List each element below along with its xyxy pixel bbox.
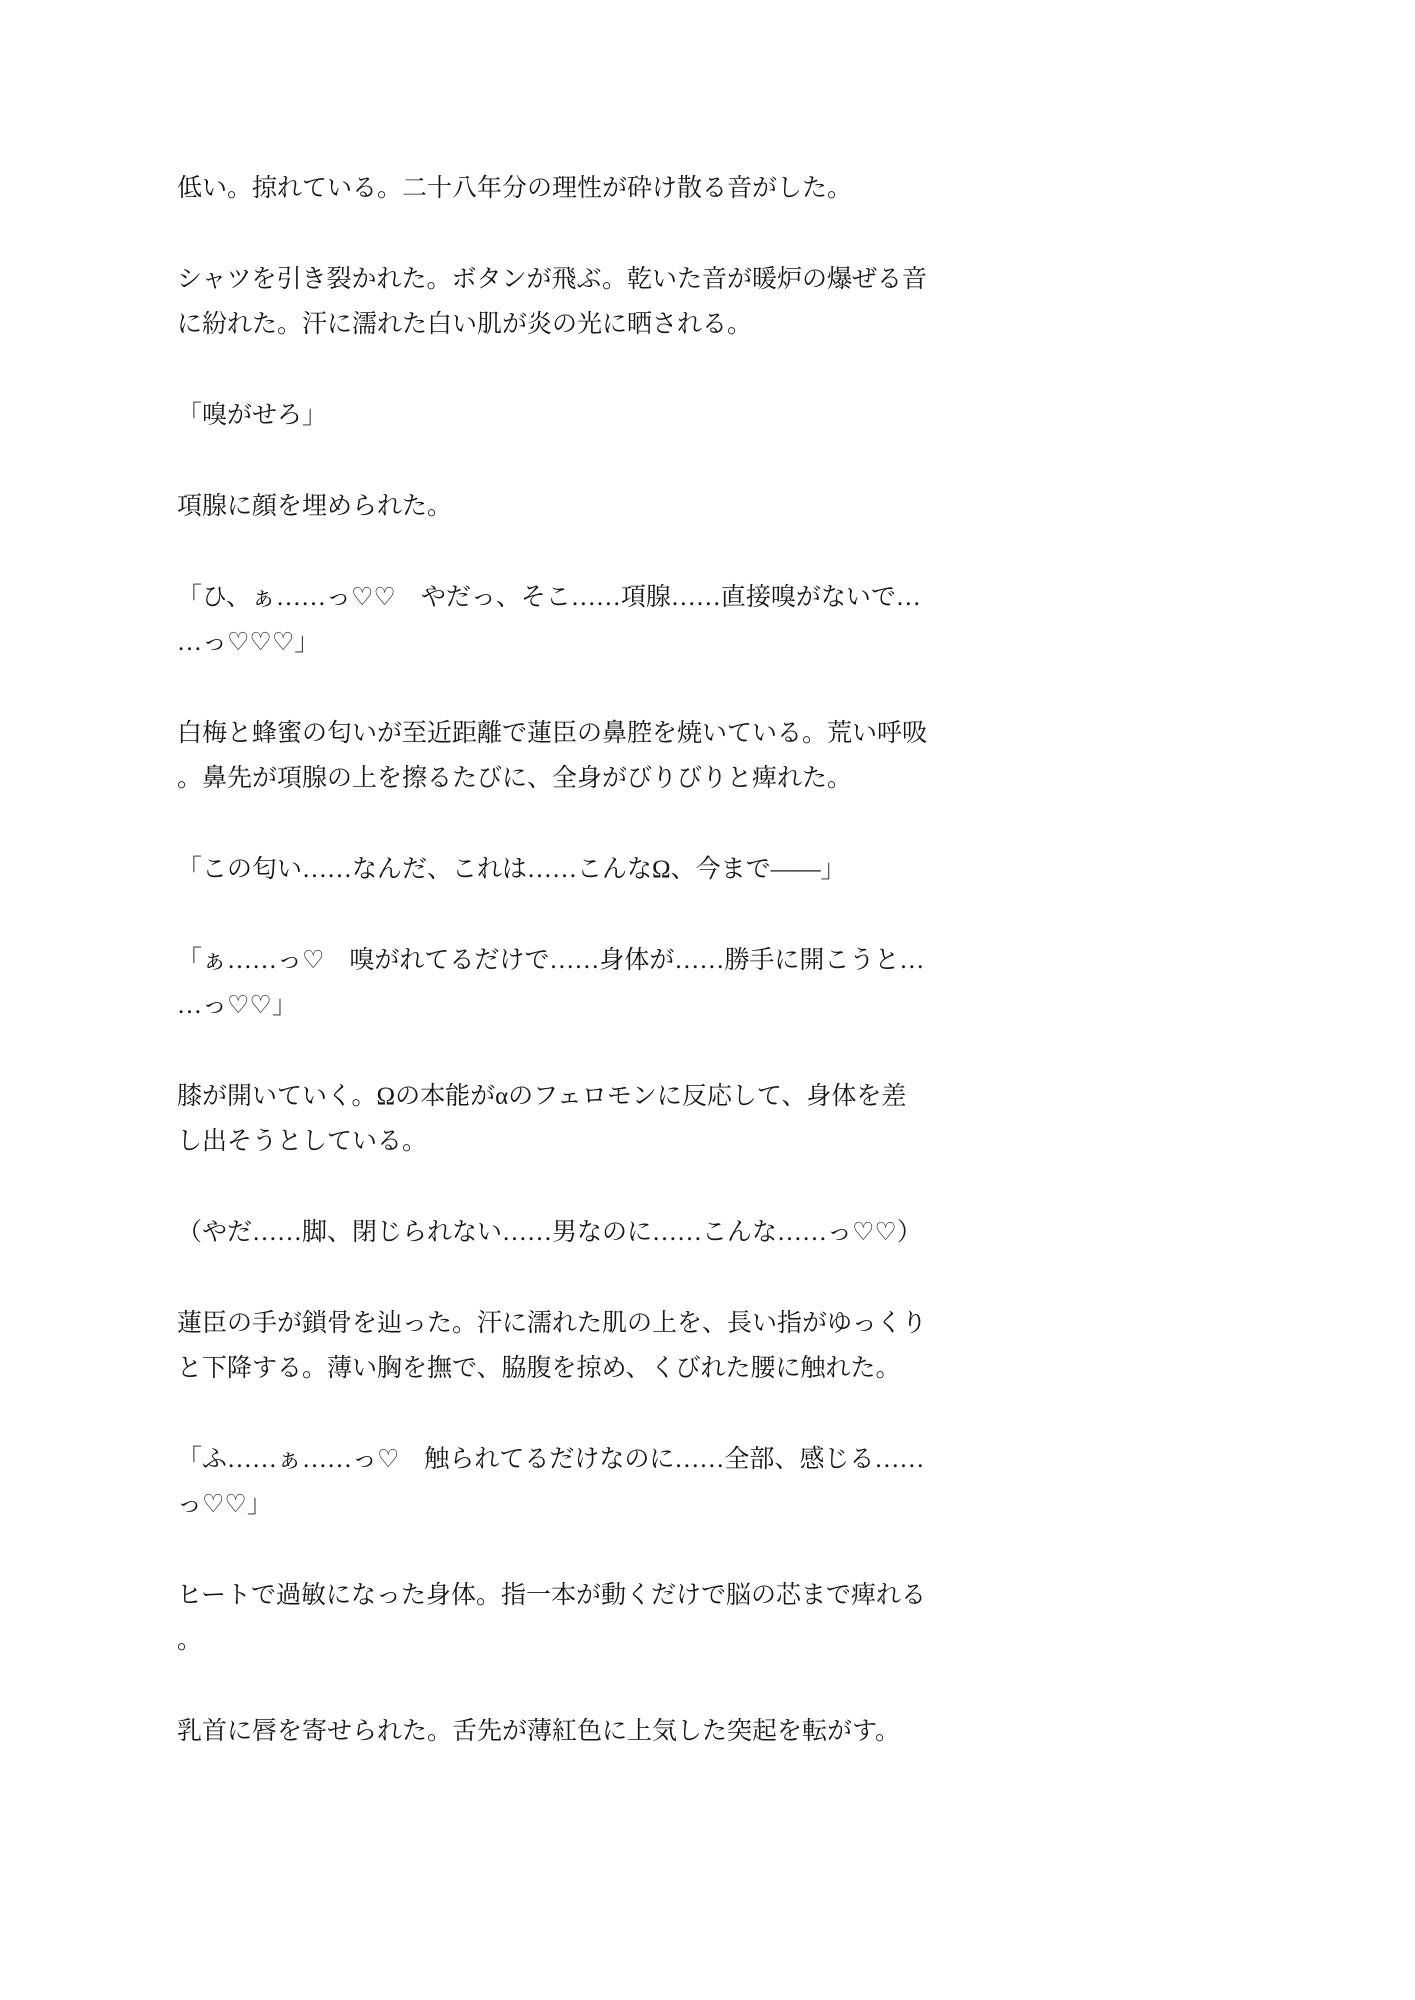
text-line: ヒートで過敏になった身体。指一本が動くだけで脳の芯まで痺れる — [177, 1573, 977, 1618]
text-line: に紛れた。汗に濡れた白い肌が炎の光に晒される。 — [177, 302, 977, 347]
text-line: 低い。掠れている。二十八年分の理性が砕け散る音がした。 — [177, 166, 977, 211]
paragraph-narration: ヒートで過敏になった身体。指一本が動くだけで脳の芯まで痺れる。 — [177, 1573, 977, 1663]
text-line: 蓮臣の手が鎖骨を辿った。汗に濡れた肌の上を、長い指がゆっくり — [177, 1301, 977, 1346]
text-line: し出そうとしている。 — [177, 1119, 977, 1164]
paragraph-dialogue: 「ひ、ぁ……っ♡♡ やだっ、そこ……項腺……直接嗅がないで……っ♡♡♡」 — [177, 575, 977, 665]
text-block: 低い。掠れている。二十八年分の理性が砕け散る音がした。シャツを引き裂かれた。ボタ… — [177, 166, 977, 1800]
paragraph-narration: 白梅と蜂蜜の匂いが至近距離で蓮臣の鼻腔を焼いている。荒い呼吸。鼻先が項腺の上を擦… — [177, 711, 977, 801]
text-line: シャツを引き裂かれた。ボタンが飛ぶ。乾いた音が暖炉の爆ぜる音 — [177, 257, 977, 302]
paragraph-narration: 低い。掠れている。二十八年分の理性が砕け散る音がした。 — [177, 166, 977, 211]
paragraph-narration: 蓮臣の手が鎖骨を辿った。汗に濡れた肌の上を、長い指がゆっくりと下降する。薄い胸を… — [177, 1301, 977, 1391]
text-line: 「ぁ……っ♡ 嗅がれてるだけで……身体が……勝手に開こうと… — [177, 938, 977, 983]
text-line: 。鼻先が項腺の上を擦るたびに、全身がびりびりと痺れた。 — [177, 756, 977, 801]
text-line: 「ふ……ぁ……っ♡ 触られてるだけなのに……全部、感じる…… — [177, 1437, 977, 1482]
text-line: 乳首に唇を寄せられた。舌先が薄紅色に上気した突起を転がす。 — [177, 1709, 977, 1754]
paragraph-dialogue: 「ぁ……っ♡ 嗅がれてるだけで……身体が……勝手に開こうと……っ♡♡」 — [177, 938, 977, 1028]
text-line: …っ♡♡♡」 — [177, 620, 977, 665]
paragraph-dialogue: 「この匂い……なんだ、これは……こんなΩ、今まで――」 — [177, 847, 977, 892]
paragraph-narration: 乳首に唇を寄せられた。舌先が薄紅色に上気した突起を転がす。 — [177, 1709, 977, 1754]
document-page: 低い。掠れている。二十八年分の理性が砕け散る音がした。シャツを引き裂かれた。ボタ… — [0, 0, 1415, 2000]
text-line: と下降する。薄い胸を撫で、脇腹を掠め、くびれた腰に触れた。 — [177, 1346, 977, 1391]
text-line: 項腺に顔を埋められた。 — [177, 484, 977, 529]
text-line: 「ひ、ぁ……っ♡♡ やだっ、そこ……項腺……直接嗅がないで… — [177, 575, 977, 620]
text-line: 「この匂い……なんだ、これは……こんなΩ、今まで――」 — [177, 847, 977, 892]
text-line: 「嗅がせろ」 — [177, 393, 977, 438]
text-line: っ♡♡」 — [177, 1482, 977, 1527]
paragraph-narration: シャツを引き裂かれた。ボタンが飛ぶ。乾いた音が暖炉の爆ぜる音に紛れた。汗に濡れた… — [177, 257, 977, 347]
paragraph-dialogue: 「嗅がせろ」 — [177, 393, 977, 438]
text-line: …っ♡♡」 — [177, 983, 977, 1028]
text-line: （やだ……脚、閉じられない……男なのに……こんな……っ♡♡） — [177, 1210, 977, 1255]
paragraph-dialogue: 「ふ……ぁ……っ♡ 触られてるだけなのに……全部、感じる……っ♡♡」 — [177, 1437, 977, 1527]
text-line: 膝が開いていく。Ωの本能がαのフェロモンに反応して、身体を差 — [177, 1074, 977, 1119]
paragraph-narration: 項腺に顔を埋められた。 — [177, 484, 977, 529]
text-line: 。 — [177, 1618, 977, 1663]
text-line: 白梅と蜂蜜の匂いが至近距離で蓮臣の鼻腔を焼いている。荒い呼吸 — [177, 711, 977, 756]
paragraph-narration: 膝が開いていく。Ωの本能がαのフェロモンに反応して、身体を差し出そうとしている。 — [177, 1074, 977, 1164]
paragraph-inner-thought: （やだ……脚、閉じられない……男なのに……こんな……っ♡♡） — [177, 1210, 977, 1255]
